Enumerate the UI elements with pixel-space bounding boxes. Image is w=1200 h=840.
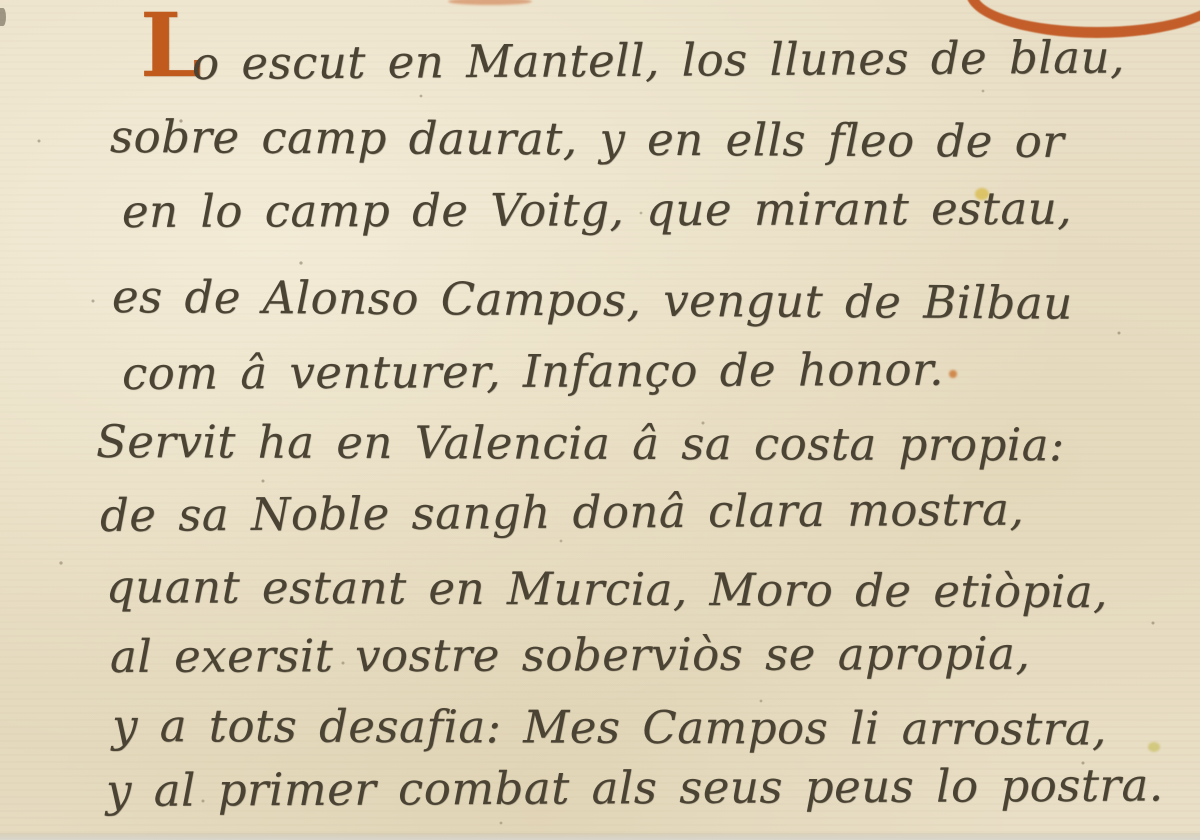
rubric-dot: [949, 370, 957, 378]
poem-text: o escut en Mantell, los llunes de blau,: [192, 30, 1125, 90]
poem-text: de sa Noble sangh donâ clara mostra,: [100, 483, 1025, 542]
page-bottom-edge: [0, 833, 1200, 840]
manuscript-line: es de Alonso Campos, vengut de Bilbau: [112, 268, 1073, 333]
manuscript-line: y a tots desafia: Mes Campos li arrostra…: [112, 697, 1107, 758]
ornament-fragment-left: [448, 0, 532, 5]
manuscript-line: o escut en Mantell, los llunes de blau,: [192, 28, 1125, 93]
ink-stain: [1148, 742, 1160, 752]
manuscript-line: y al primer combat als seus peus lo post…: [106, 756, 1164, 820]
poem-text: es de Alonso Campos, vengut de Bilbau: [112, 270, 1073, 330]
manuscript-page: L o escut en Mantell, los llunes de blau…: [0, 0, 1200, 840]
poem-text: en lo camp de Voitg, que mirant estau,: [122, 182, 1072, 238]
poem-text: y a tots desafia: Mes Campos li arrostra…: [112, 699, 1107, 755]
poem-text: al exersit vostre soberviòs se apropia,: [110, 627, 1030, 683]
manuscript-line: quant estant en Murcia, Moro de etiòpia,: [106, 558, 1108, 621]
poem-text: sobre camp daurat, y en ells fleo de or: [110, 110, 1065, 168]
scan-edge-mark: [0, 8, 6, 26]
poem-text: Servit ha en Valencia â sa costa propia:: [96, 415, 1065, 471]
poem-text: quant estant en Murcia, Moro de etiòpia,: [106, 560, 1108, 618]
manuscript-line: de sa Noble sangh donâ clara mostra,: [100, 481, 1025, 545]
manuscript-line: Servit ha en Valencia â sa costa propia:: [96, 413, 1065, 474]
manuscript-line: al exersit vostre soberviòs se apropia,: [110, 625, 1030, 686]
paper-speckles: [0, 0, 2, 2]
manuscript-line: sobre camp daurat, y en ells fleo de or: [110, 108, 1065, 171]
poem-text: y al primer combat als seus peus lo post…: [106, 758, 1164, 817]
manuscript-line: en lo camp de Voitg, que mirant estau,: [122, 180, 1072, 241]
poem-text: com â venturer, Infanço de honor.: [122, 343, 944, 400]
manuscript-line: com â venturer, Infanço de honor.: [122, 341, 944, 403]
